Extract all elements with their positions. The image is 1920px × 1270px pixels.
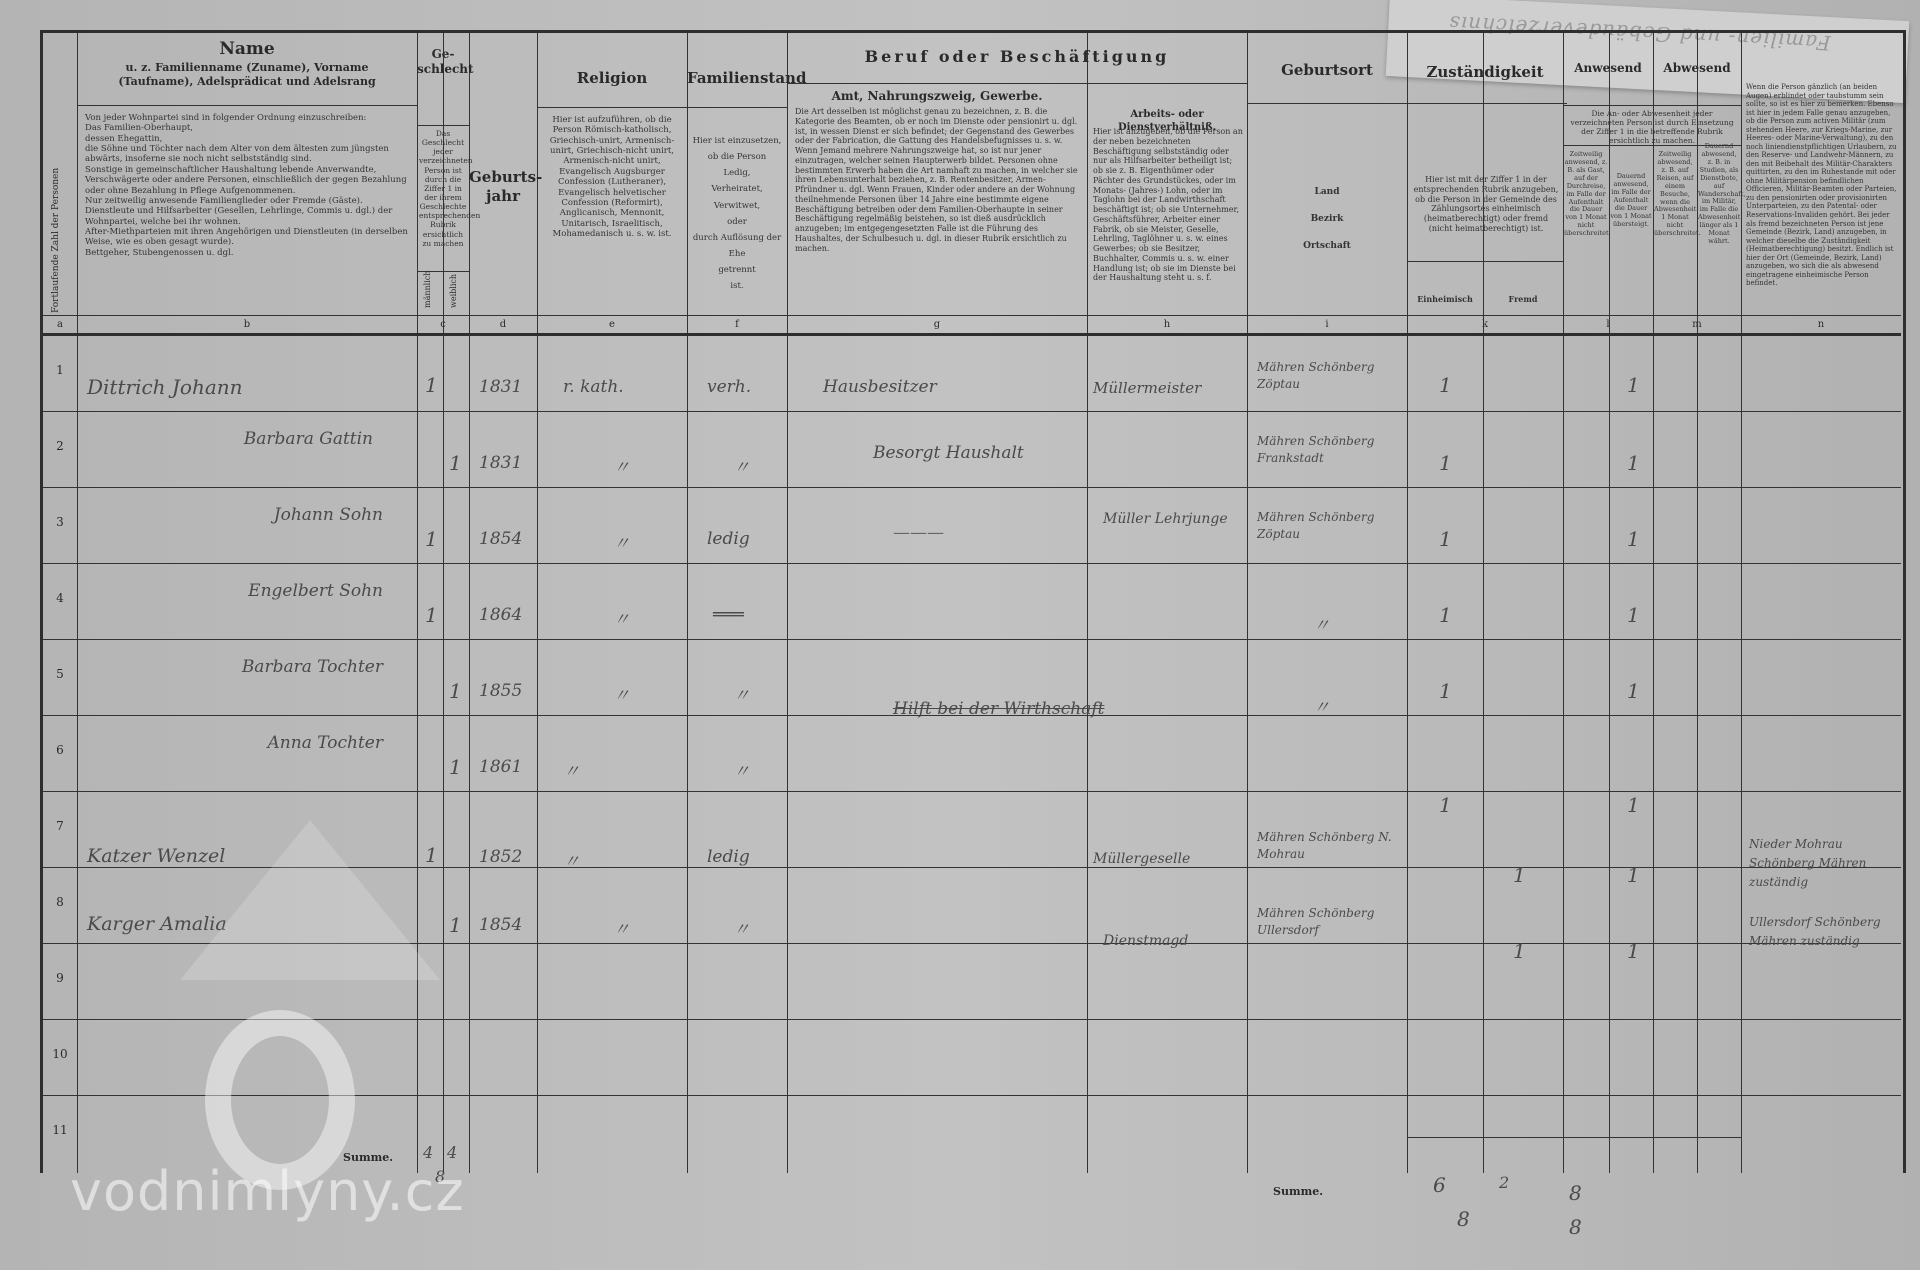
birth-year: 1855 — [479, 681, 522, 701]
occupation: Hausbesitzer — [823, 377, 937, 397]
header-c-female: weiblich — [449, 278, 458, 308]
watermark-house-icon — [180, 820, 440, 980]
instr: Bettgeher, Stubengenossen u. dgl. — [85, 248, 411, 258]
row-number: 5 — [43, 667, 77, 681]
header-i-sub: Land Bezirk Ortschaft — [1247, 179, 1407, 260]
watermark-text: vodnimlyny.cz — [70, 1160, 465, 1223]
family-status: 〃 — [733, 681, 750, 706]
work-relation: Müllergeselle — [1093, 851, 1190, 867]
instr: dessen Ehegattin, — [85, 134, 411, 144]
occupation: Besorgt Haushalt — [873, 443, 1024, 463]
total-anwesend: 8 — [1569, 1215, 1582, 1239]
instr: After-Miethparteien mit ihren Angehörige… — [85, 227, 411, 248]
letter-k: k — [1407, 319, 1563, 330]
birth-year: 1854 — [479, 915, 522, 935]
rule — [1563, 105, 1741, 106]
rule — [537, 107, 787, 108]
family-status: 〃 — [733, 453, 750, 478]
family-status: verh. — [707, 377, 751, 397]
religion: r. kath. — [563, 377, 624, 397]
birth-year: 1852 — [479, 847, 522, 867]
fremd-mark: 1 — [1513, 863, 1526, 887]
einheimisch-mark: 1 — [1439, 451, 1452, 475]
dauer-anwesend-mark: 1 — [1627, 527, 1640, 551]
header-m-title: Abwesend — [1653, 61, 1741, 76]
label-bezirk: Bezirk — [1247, 206, 1407, 233]
header-k-einheimisch: Einheimisch — [1407, 295, 1483, 305]
female-mark: 1 — [449, 913, 462, 937]
religion: 〃 — [613, 453, 630, 478]
header-c-title: Ge-schlecht — [417, 47, 469, 77]
header-beruf-group: Beruf oder Beschäftigung — [787, 47, 1247, 67]
birthplace: Mähren Schönberg Frankstadt — [1257, 433, 1397, 467]
header-l-title: Anwesend — [1563, 61, 1653, 76]
row-number: 3 — [43, 515, 77, 529]
rule — [417, 125, 469, 126]
header-k-title: Zuständigkeit — [1407, 63, 1563, 82]
fremd-mark: 1 — [1513, 939, 1526, 963]
instr: ist. — [691, 278, 783, 294]
work-relation: Müllermeister — [1093, 379, 1201, 397]
remarks: Nieder Mohrau Schönberg Mähren zuständig — [1749, 835, 1897, 893]
birthplace: 〃 — [1313, 611, 1330, 636]
total-einheimisch: 6 — [1433, 1173, 1446, 1197]
male-mark: 1 — [425, 527, 438, 551]
rule — [787, 83, 1247, 84]
rule — [787, 83, 789, 324]
person-name: Johann Sohn — [193, 497, 383, 534]
rule — [1407, 261, 1563, 262]
female-mark: 1 — [449, 679, 462, 703]
instr: Verheiratet, — [691, 181, 783, 197]
total-zustaendigkeit: 8 — [1457, 1207, 1470, 1231]
instr: Hier ist einzusetzen, ob die Person — [691, 133, 783, 165]
header-b-instructions: Von jeder Wohnpartei sind in folgender O… — [85, 113, 411, 258]
header-e-instructions: Hier ist aufzuführen, ob die Person Römi… — [543, 115, 681, 239]
rule — [43, 563, 1901, 564]
label-land: Land — [1247, 179, 1407, 206]
letter-l: l — [1563, 319, 1653, 330]
person-name: Dittrich Johann — [87, 375, 243, 399]
dauer-anwesend-mark: 1 — [1627, 793, 1640, 817]
einheimisch-mark: 1 — [1439, 679, 1452, 703]
occupation: Hilft bei der Wirthschaft — [893, 699, 1104, 719]
einheimisch-mark: 1 — [1439, 373, 1452, 397]
religion: 〃 — [613, 681, 630, 706]
male-mark: 1 — [425, 603, 438, 627]
header-b-title: Name — [77, 39, 417, 60]
rule — [1407, 1137, 1741, 1138]
letter-b: b — [77, 319, 417, 330]
birth-year: 1861 — [479, 757, 522, 777]
religion: 〃 — [613, 529, 630, 554]
instr: oder — [691, 214, 783, 230]
header-h-instructions: Hier ist anzugeben, ob die Person an der… — [1093, 127, 1243, 283]
birthplace: Mähren Schönberg Zöptau — [1257, 509, 1397, 543]
total-dauer-anwesend: 8 — [1569, 1181, 1582, 1205]
remarks: Ullersdorf Schönberg Mähren zuständig — [1749, 913, 1897, 951]
header-m-dauer: Dauernd abwesend, z. B. in Studien, als … — [1698, 143, 1740, 246]
letter-a: a — [43, 319, 77, 330]
letter-c: c — [417, 319, 469, 330]
rule — [43, 791, 1901, 792]
einheimisch-mark: 1 — [1439, 603, 1452, 627]
rule — [43, 1019, 1901, 1020]
header-c-male: männlich — [423, 278, 432, 308]
occupation: ——— — [893, 523, 944, 543]
rule — [43, 315, 1901, 316]
rule-header-bottom — [43, 333, 1901, 336]
female-mark: 1 — [449, 755, 462, 779]
person-name: Barbara Tochter — [193, 649, 383, 686]
header-g-instructions: Die Art desselben ist möglichst genau zu… — [795, 107, 1081, 253]
letter-f: f — [687, 319, 787, 330]
family-status: 〃 — [733, 757, 750, 782]
letter-n: n — [1741, 319, 1901, 330]
row-number: 2 — [43, 439, 77, 453]
birth-year: 1831 — [479, 453, 522, 473]
einheimisch-mark: 1 — [1439, 793, 1452, 817]
rule — [43, 411, 1901, 412]
header-f-instructions: Hier ist einzusetzen, ob die Person Ledi… — [691, 133, 783, 294]
instr: Dienstleute und Hilfsarbeiter (Gesellen,… — [85, 206, 411, 227]
row-number: 6 — [43, 743, 77, 757]
header-n-instructions: Wenn die Person gänzlich (an beiden Auge… — [1746, 83, 1898, 288]
rule — [77, 105, 417, 106]
rule — [1087, 105, 1088, 323]
family-status: 〃 — [733, 915, 750, 940]
instr: durch Auflösung der Ehe — [691, 230, 783, 262]
person-name: Engelbert Sohn — [193, 573, 383, 610]
header-f-title: Familienstand — [687, 69, 787, 88]
label-ortschaft: Ortschaft — [1247, 233, 1407, 260]
rule — [43, 487, 1901, 488]
birth-year: 1854 — [479, 529, 522, 549]
row-number: 4 — [43, 591, 77, 605]
row-number: 1 — [43, 363, 77, 377]
dauer-anwesend-mark: 1 — [1627, 451, 1640, 475]
letter-m: m — [1653, 319, 1741, 330]
religion: 〃 — [613, 915, 630, 940]
header-l-dauer: Dauernd anwesend, im Falle der Aufenthal… — [1610, 173, 1652, 228]
letter-e: e — [537, 319, 687, 330]
instr: Nur zeitweilig anwesende Familienglieder… — [85, 196, 411, 206]
birthplace: Mähren Schönberg Zöptau — [1257, 359, 1397, 393]
header-i-title: Geburtsort — [1247, 61, 1407, 80]
instr: Ledig, — [691, 165, 783, 181]
person-name: Barbara Gattin — [193, 421, 373, 458]
row-number: 11 — [43, 1123, 77, 1137]
religion: 〃 — [563, 757, 580, 782]
header-m-zeit: Zeitweilig abwesend, z. B. auf Reisen, a… — [1654, 151, 1696, 238]
letter-d: d — [469, 319, 537, 330]
birth-year: 1864 — [479, 605, 522, 625]
letter-g: g — [787, 319, 1087, 330]
header-k-fremd: Fremd — [1483, 295, 1563, 305]
dauer-anwesend-mark: 1 — [1627, 939, 1640, 963]
row-number: 9 — [43, 971, 77, 985]
family-status: ledig — [707, 847, 750, 867]
work-relation: Dienstmagd — [1103, 933, 1188, 949]
female-mark: 1 — [449, 451, 462, 475]
rule — [1247, 103, 1567, 104]
male-mark: 1 — [425, 373, 438, 397]
birthplace: Mähren Schönberg N. Mohrau — [1257, 829, 1397, 863]
dauer-anwesend-mark: 1 — [1627, 679, 1640, 703]
rule — [43, 639, 1901, 640]
header-b-subtitle: u. z. Familienname (Zuname), Vorname (Ta… — [87, 61, 407, 89]
einheimisch-mark: 1 — [1439, 527, 1452, 551]
religion: 〃 — [613, 605, 630, 630]
census-form: Fortlaufende Zahl der Personen Name u. z… — [40, 30, 1906, 1173]
header-lm-instructions: Die An- oder Abwesenheit jeder verzeichn… — [1565, 109, 1739, 146]
instr: Verwitwet, — [691, 198, 783, 214]
row-number: 7 — [43, 819, 77, 833]
letter-h: h — [1087, 319, 1247, 330]
census-sheet: Familien- und Gebäudeverzeichnis — [0, 0, 1920, 1270]
dauer-anwesend-mark: 1 — [1627, 603, 1640, 627]
family-status: ═══ — [713, 605, 744, 625]
header-k-instructions: Hier ist mit der Ziffer 1 in der entspre… — [1413, 175, 1559, 234]
row-number: 10 — [43, 1047, 77, 1061]
birth-year: 1831 — [479, 377, 522, 397]
letter-i: i — [1247, 319, 1407, 330]
header-a: Fortlaufende Zahl der Personen — [51, 143, 61, 313]
person-name: Anna Tochter — [193, 725, 383, 762]
instr: Von jeder Wohnpartei sind in folgender O… — [85, 113, 411, 123]
instr: Das Familien-Oberhaupt, — [85, 123, 411, 133]
instr: Sonstige in gemeinschaftlicher Haushaltu… — [85, 165, 411, 196]
birthplace: 〃 — [1313, 693, 1330, 718]
dauer-anwesend-mark: 1 — [1627, 373, 1640, 397]
header-e-title: Religion — [537, 69, 687, 88]
header-c-instructions: Das Geschlecht jeder verzeichneten Perso… — [419, 129, 467, 248]
row-number: 8 — [43, 895, 77, 909]
dauer-anwesend-mark: 1 — [1627, 863, 1640, 887]
instr: getrennt — [691, 262, 783, 278]
header-d-title: Geburts-jahr — [469, 168, 537, 206]
instr: die Söhne und Töchter nach dem Alter von… — [85, 144, 411, 165]
header-l-zeit: Zeitweilig anwesend, z. B. als Gast, auf… — [1564, 151, 1608, 238]
total-fremd: 2 — [1499, 1173, 1509, 1192]
summe-label-right: Summe. — [1273, 1185, 1323, 1198]
religion: 〃 — [563, 847, 580, 872]
birthplace: Mähren Schönberg Ullersdorf — [1257, 905, 1397, 939]
work-relation: Müller Lehrjunge — [1103, 509, 1233, 530]
family-status: ledig — [707, 529, 750, 549]
header-g-title: Amt, Nahrungszweig, Gewerbe. — [787, 89, 1087, 104]
